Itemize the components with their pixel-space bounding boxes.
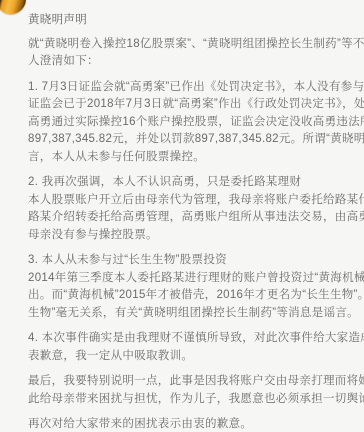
statement-line: 路某介绍转委托给高勇管理，高勇账户组所从事违法交易，由高勇决策，我与我 [28, 209, 364, 227]
statement-line: 2. 我再次强调，本人不认识高勇，只是委托路某理财 [28, 174, 364, 192]
statement-line: 3. 本人从未参与过“长生生物”股票投资 [28, 252, 364, 270]
statement-line: 就“黄晓明卷入操控18亿股票案”、“黄晓明组团操控长生制药”等不实新闻报道，本 [28, 36, 364, 54]
paragraph-point-2: 2. 我再次强调，本人不认识高勇，只是委托路某理财 本人股票账户开立后由母亲代为… [28, 174, 364, 244]
statement-title: 黄晓明声明 [28, 12, 364, 30]
paragraph-point-4: 4. 本次事件确实是由我理财不谨慎所导致，对此次事件给大家造成的不良影响深 表歉… [28, 330, 364, 365]
statement-line: 高勇通过实际操控16个账户操控股票，证监会决定没收高勇违法所得 [28, 114, 364, 132]
statement-line: 言，本人从未参与任何股票操控。 [28, 149, 364, 167]
statement-line: 4. 本次事件确实是由我理财不谨慎所导致，对此次事件给大家造成的不良影响深 [28, 330, 364, 348]
statement-line: 表歉意，我一定从中吸取教训。 [28, 348, 364, 366]
statement-line: 1. 7月3日证监会就“高勇案”已作出《处罚决定书》，本人没有参与任何股票操控 [28, 79, 364, 97]
statement-line: 897,387,345.82元，并处以罚款897,387,345.82元。所谓“… [28, 131, 364, 149]
statement-line: 生物”毫无关系，有关“黄晓明组团操控长生制药”等消息是谣言。 [28, 305, 364, 323]
statement-line: 2014年第三季度本人委托路某进行理财的账户曾投资过“黄海机械”并在当季度退 [28, 270, 364, 288]
paragraph-closing: 最后，我要特别说明一点，此事是因我将账户交由母亲打理而将她牵涉其中，由 此给母亲… [28, 373, 364, 408]
paragraph-point-3: 3. 本人从未参与过“长生生物”股票投资 2014年第三季度本人委托路某进行理财… [28, 252, 364, 322]
statement-line: 此给母亲带来困扰与担忧，作为儿子，我愿意也必须承担一切舆论责任。 [28, 391, 364, 409]
statement-line: 本人股票账户开立后由母亲代为管理，我母亲将账户委托给路某代为理财，经由 [28, 192, 364, 210]
paragraph-apology: 再次对给大家带来的困扰表示由衷的歉意。 [28, 416, 364, 432]
statement-line: 再次对给大家带来的困扰表示由衷的歉意。 [28, 416, 364, 432]
statement-line: 人澄清如下： [28, 53, 364, 71]
statement-line: 证监会已于2018年7月3日就“高勇案”作出《行政处罚决定书》，处罚内容如下： [28, 96, 364, 114]
paragraph-point-1: 1. 7月3日证监会就“高勇案”已作出《处罚决定书》，本人没有参与任何股票操控 … [28, 79, 364, 167]
statement-screenshot: 黄晓明声明 就“黄晓明卷入操控18亿股票案”、“黄晓明组团操控长生制药”等不实新… [0, 0, 364, 432]
statement-line: 最后，我要特别说明一点，此事是因我将账户交由母亲打理而将她牵涉其中，由 [28, 373, 364, 391]
statement-line: 出。而“黄海机械”2015年才被借壳，2016年才更名为“长生生物”。故本人与“… [28, 287, 364, 305]
paragraph-intro: 就“黄晓明卷入操控18亿股票案”、“黄晓明组团操控长生制药”等不实新闻报道，本 … [28, 36, 364, 71]
statement-document: 黄晓明声明 就“黄晓明卷入操控18亿股票案”、“黄晓明组团操控长生制药”等不实新… [0, 0, 364, 432]
statement-line: 母亲没有参与操控股票。 [28, 227, 364, 245]
